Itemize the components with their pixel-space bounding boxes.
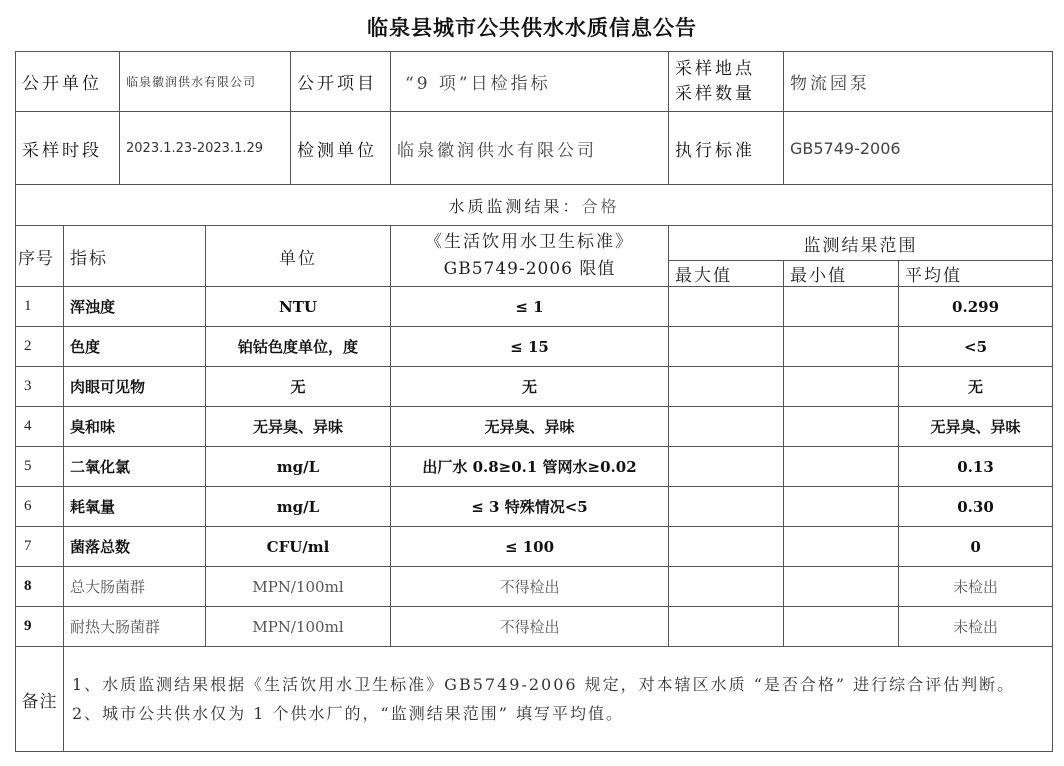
header-unit: 单位 (206, 226, 391, 287)
period-label: 采样时段 (16, 112, 120, 185)
table-row: 2 色度 铂钴色度单位，度 ≤ 15 <5 (16, 327, 1053, 367)
row-seq: 9 (16, 607, 64, 647)
row-seq: 1 (16, 287, 64, 327)
row-min (784, 607, 899, 647)
row-avg: 无 (899, 367, 1053, 407)
row-min (784, 567, 899, 607)
row-avg: 0.13 (899, 447, 1053, 487)
row-avg: 无异臭、异味 (899, 407, 1053, 447)
lab-label: 检测单位 (291, 112, 391, 185)
row-unit: 无 (206, 367, 391, 407)
item-label: 公开项目 (291, 52, 391, 112)
row-avg: 0 (899, 527, 1053, 567)
row-limit: ≤ 1 (391, 287, 669, 327)
row-limit: 不得检出 (391, 607, 669, 647)
table-row: 8 总大肠菌群 MPN/100ml 不得检出 未检出 (16, 567, 1053, 607)
row-seq: 7 (16, 527, 64, 567)
table-row: 9 耐热大肠菌群 MPN/100ml 不得检出 未检出 (16, 607, 1053, 647)
info-table: 公开单位 临泉徽润供水有限公司 公开项目 “9 项”日检指标 采样地点 采样数量… (15, 51, 1053, 185)
table-row: 4 臭和味 无异臭、异味 无异臭、异味 无异臭、异味 (16, 407, 1053, 447)
results-table: 水质监测结果：合格 序号 指标 单位 《生活饮用水卫生标准》 GB5749-20… (15, 184, 1053, 752)
result-label: 水质监测结果： (449, 197, 582, 216)
standard-value: GB5749-2006 (784, 112, 1053, 185)
row-min (784, 327, 899, 367)
row-unit: mg/L (206, 447, 391, 487)
row-indicator: 浑浊度 (64, 287, 206, 327)
row-limit: 无 (391, 367, 669, 407)
row-seq: 3 (16, 367, 64, 407)
row-limit: 不得检出 (391, 567, 669, 607)
item-value: “9 项”日检指标 (391, 52, 669, 112)
header-seq: 序号 (16, 226, 64, 287)
row-unit: CFU/ml (206, 527, 391, 567)
publisher-label: 公开单位 (16, 52, 120, 112)
table-row: 7 菌落总数 CFU/ml ≤ 100 0 (16, 527, 1053, 567)
sample-site-value: 物流园泵 (784, 52, 1053, 112)
header-limit-line2: GB5749-2006 限值 (397, 256, 662, 283)
header-indicator: 指标 (64, 226, 206, 287)
result-summary: 水质监测结果：合格 (16, 185, 1053, 226)
header-avg: 平均值 (899, 261, 1053, 287)
header-limit-line1: 《生活饮用水卫生标准》 (397, 229, 662, 256)
row-avg: 0.299 (899, 287, 1053, 327)
header-max: 最大值 (669, 261, 784, 287)
row-avg: 未检出 (899, 607, 1053, 647)
standard-label: 执行标准 (669, 112, 784, 185)
row-max (669, 287, 784, 327)
row-indicator: 耐热大肠菌群 (64, 607, 206, 647)
row-min (784, 487, 899, 527)
table-row: 6 耗氧量 mg/L ≤ 3 特殊情况<5 0.30 (16, 487, 1053, 527)
row-max (669, 527, 784, 567)
row-max (669, 607, 784, 647)
row-limit: 无异臭、异味 (391, 407, 669, 447)
info-row-1: 公开单位 临泉徽润供水有限公司 公开项目 “9 项”日检指标 采样地点 采样数量… (16, 52, 1053, 112)
result-summary-row: 水质监测结果：合格 (16, 185, 1053, 226)
sample-site-label: 采样地点 采样数量 (669, 52, 784, 112)
row-limit: 出厂水 0.8≥0.1 管网水≥0.02 (391, 447, 669, 487)
row-indicator: 臭和味 (64, 407, 206, 447)
row-unit: MPN/100ml (206, 567, 391, 607)
row-max (669, 367, 784, 407)
row-indicator: 总大肠菌群 (64, 567, 206, 607)
table-row: 3 肉眼可见物 无 无 无 (16, 367, 1053, 407)
row-indicator: 肉眼可见物 (64, 367, 206, 407)
row-indicator: 色度 (64, 327, 206, 367)
note-line-1: 1、水质监测结果根据《生活饮用水卫生标准》GB5749-2006 规定，对本辖区… (72, 670, 1044, 699)
row-seq: 5 (16, 447, 64, 487)
row-limit: ≤ 100 (391, 527, 669, 567)
row-min (784, 287, 899, 327)
row-limit: ≤ 15 (391, 327, 669, 367)
row-seq: 8 (16, 567, 64, 607)
row-max (669, 407, 784, 447)
notes-label: 备注 (16, 647, 64, 752)
row-avg: <5 (899, 327, 1053, 367)
row-max (669, 447, 784, 487)
row-seq: 2 (16, 327, 64, 367)
row-min (784, 447, 899, 487)
header-min: 最小值 (784, 261, 899, 287)
result-status: 合格 (582, 197, 620, 216)
header-range: 监测结果范围 (669, 226, 1053, 261)
table-row: 1 浑浊度 NTU ≤ 1 0.299 (16, 287, 1053, 327)
row-unit: 铂钴色度单位，度 (206, 327, 391, 367)
publisher-value: 临泉徽润供水有限公司 (120, 52, 291, 112)
row-min (784, 527, 899, 567)
header-row-1: 序号 指标 单位 《生活饮用水卫生标准》 GB5749-2006 限值 监测结果… (16, 226, 1053, 261)
row-min (784, 407, 899, 447)
notes-content: 1、水质监测结果根据《生活饮用水卫生标准》GB5749-2006 规定，对本辖区… (64, 647, 1053, 752)
row-indicator: 二氧化氯 (64, 447, 206, 487)
row-limit: ≤ 3 特殊情况<5 (391, 487, 669, 527)
page-title: 临泉县城市公共供水水质信息公告 (0, 12, 1064, 42)
row-unit: mg/L (206, 487, 391, 527)
row-indicator: 菌落总数 (64, 527, 206, 567)
row-avg: 0.30 (899, 487, 1053, 527)
row-max (669, 487, 784, 527)
row-seq: 4 (16, 407, 64, 447)
period-value: 2023.1.23-2023.1.29 (120, 112, 291, 185)
sample-site-label-line2: 采样数量 (675, 82, 777, 107)
row-max (669, 567, 784, 607)
row-unit: 无异臭、异味 (206, 407, 391, 447)
sample-site-label-line1: 采样地点 (675, 57, 777, 82)
row-seq: 6 (16, 487, 64, 527)
row-indicator: 耗氧量 (64, 487, 206, 527)
row-unit: NTU (206, 287, 391, 327)
row-unit: MPN/100ml (206, 607, 391, 647)
row-max (669, 327, 784, 367)
row-min (784, 367, 899, 407)
info-row-2: 采样时段 2023.1.23-2023.1.29 检测单位 临泉徽润供水有限公司… (16, 112, 1053, 185)
notes-row: 备注 1、水质监测结果根据《生活饮用水卫生标准》GB5749-2006 规定，对… (16, 647, 1053, 752)
lab-value: 临泉徽润供水有限公司 (391, 112, 669, 185)
row-avg: 未检出 (899, 567, 1053, 607)
table-row: 5 二氧化氯 mg/L 出厂水 0.8≥0.1 管网水≥0.02 0.13 (16, 447, 1053, 487)
note-line-2: 2、城市公共供水仅为 1 个供水厂的，“监测结果范围” 填写平均值。 (72, 699, 1044, 728)
header-limit: 《生活饮用水卫生标准》 GB5749-2006 限值 (391, 226, 669, 287)
